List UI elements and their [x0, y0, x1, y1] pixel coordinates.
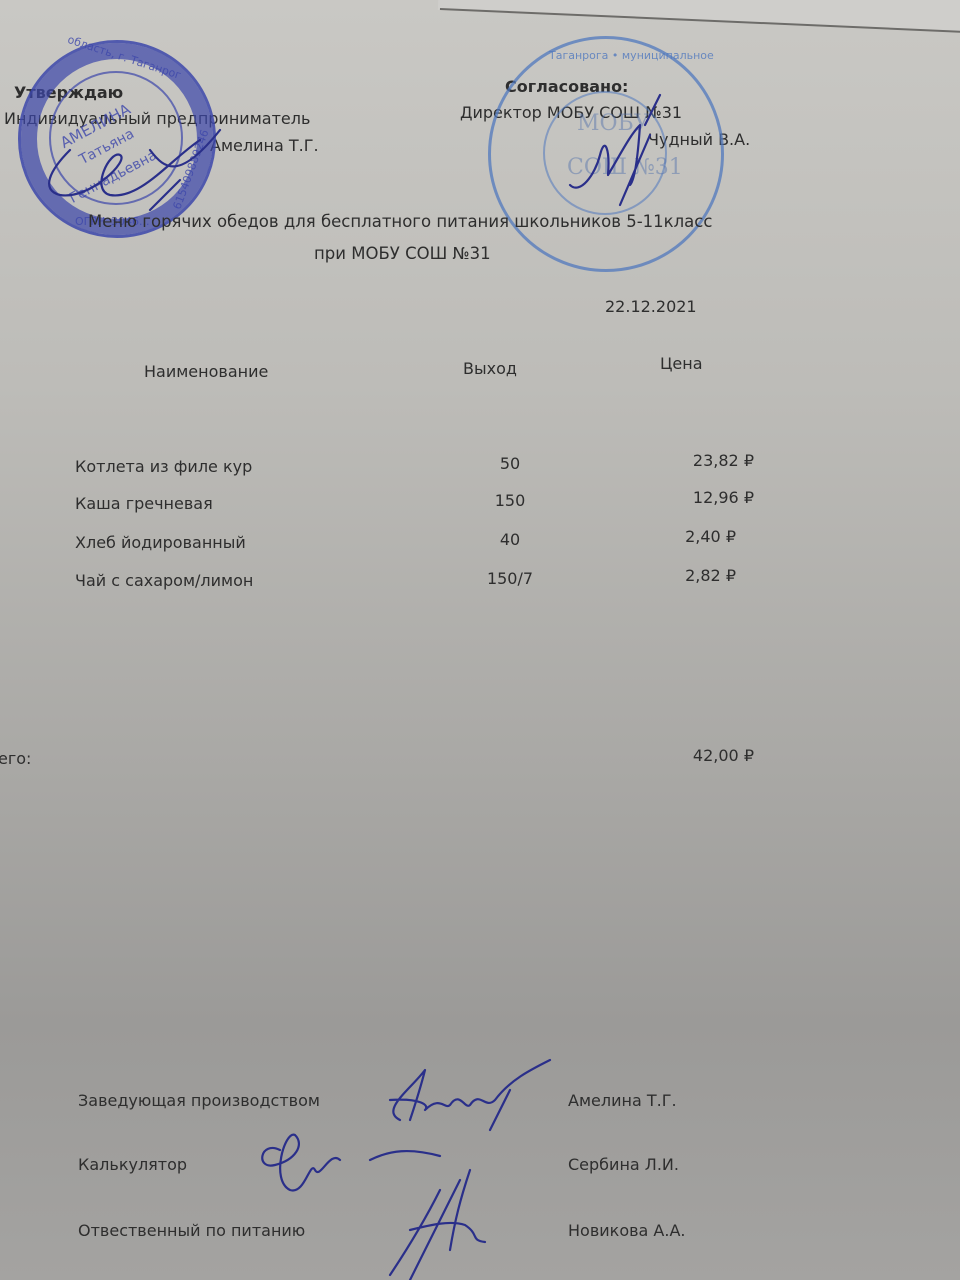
signer-role: Отвественный по питанию [78, 1221, 305, 1240]
row-name: Котлета из филе кур [75, 457, 252, 476]
row-price: 12,96 ₽ [640, 488, 754, 507]
signer-role: Заведующая производством [78, 1091, 320, 1110]
menu-date: 22.12.2021 [605, 297, 697, 316]
menu-subtitle: при МОБУ СОШ №31 [314, 244, 491, 263]
row-name: Чай с сахаром/лимон [75, 571, 253, 590]
page-fold [438, 0, 960, 36]
column-header-name: Наименование [144, 362, 268, 381]
agree-label: Согласовано: [505, 77, 628, 96]
signer-name: Новикова А.А. [568, 1221, 685, 1240]
row-name: Хлеб йодированный [75, 533, 246, 552]
row-price: 2,40 ₽ [636, 527, 736, 546]
total-value: 42,00 ₽ [640, 746, 754, 765]
row-name: Каша гречневая [75, 494, 213, 513]
row-price: 23,82 ₽ [640, 451, 754, 470]
signature-agree [560, 95, 700, 205]
signer-name: Сербина Л.И. [568, 1155, 679, 1174]
row-output: 40 [470, 530, 550, 549]
stamp-right-ring-text: Таганрога • муниципальное [549, 49, 714, 62]
column-header-output: Выход [463, 359, 517, 378]
signature-approve [30, 100, 230, 210]
column-header-price: Цена [660, 354, 703, 373]
signer-role: Калькулятор [78, 1155, 187, 1174]
row-price: 2,82 ₽ [636, 566, 736, 585]
row-output: 50 [470, 454, 550, 473]
signature-responsible [370, 1170, 510, 1280]
row-output: 150/7 [470, 569, 550, 588]
row-output: 150 [470, 491, 550, 510]
signer-name: Амелина Т.Г. [568, 1091, 677, 1110]
stamp-left-ring-text: область, г. Таганрог [66, 33, 183, 82]
total-label: его: [0, 749, 31, 768]
menu-title: Меню горячих обедов для бесплатного пита… [88, 212, 712, 231]
